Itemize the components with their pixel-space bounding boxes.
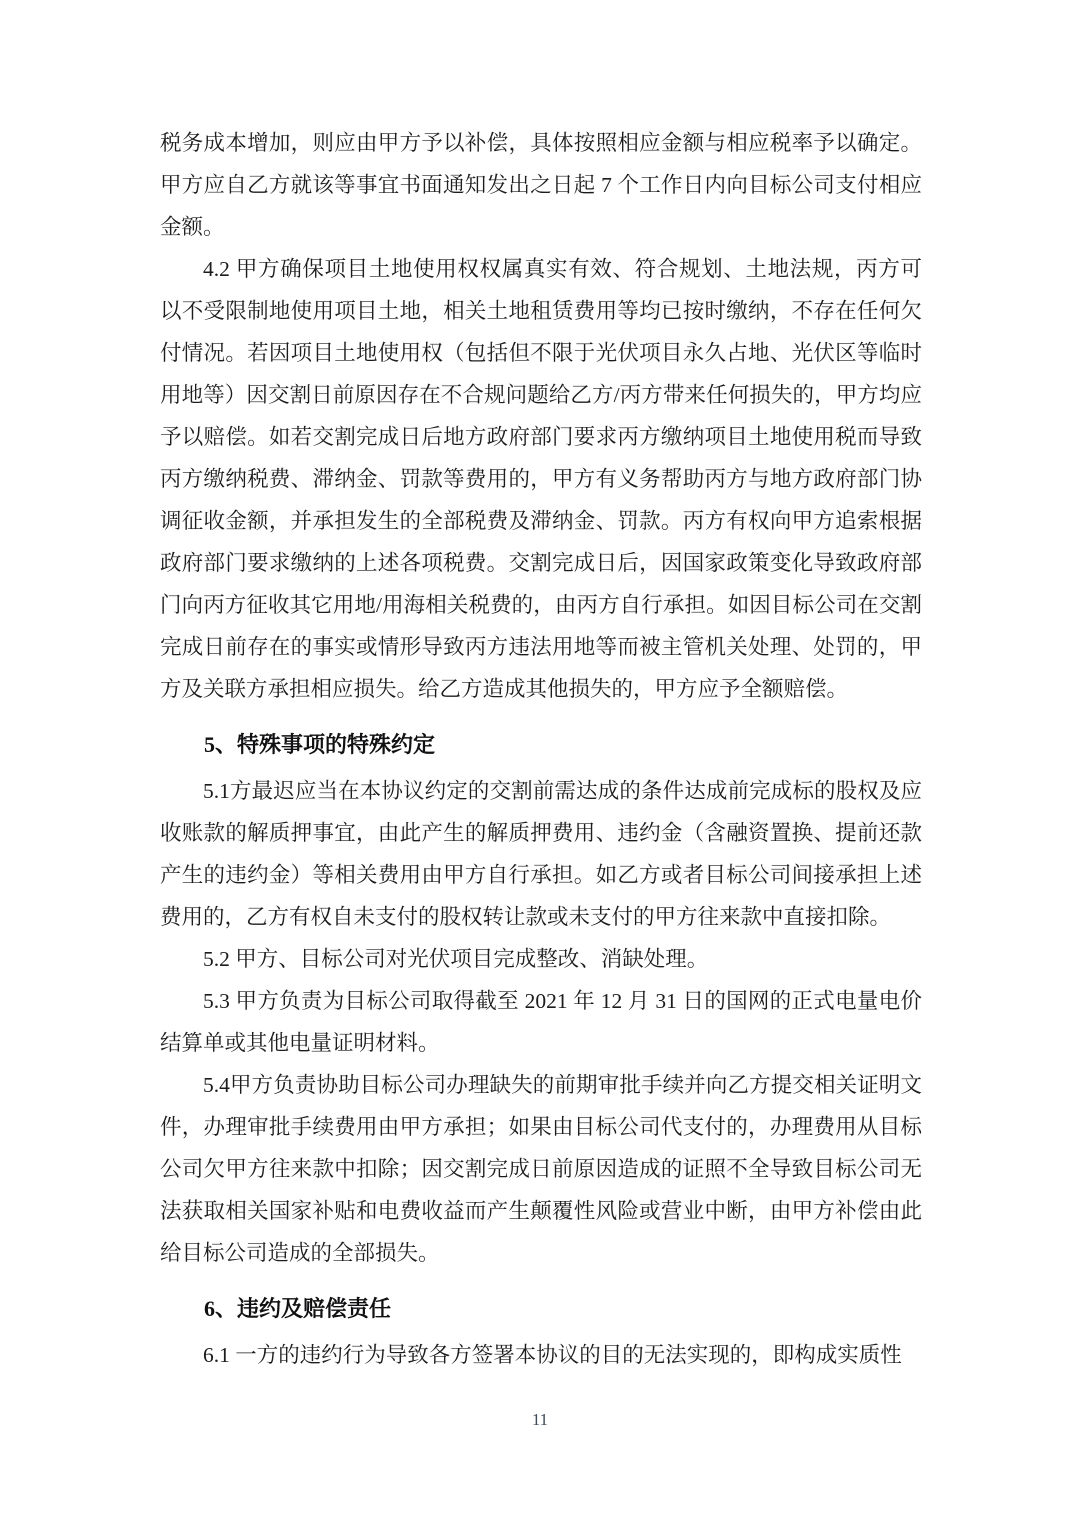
document-text-block: 税务成本增加，则应由甲方予以补偿，具体按照相应金额与相应税率予以确定。甲方应自乙… bbox=[160, 122, 922, 1376]
clause-5-3-grid-settlement: 5.3 甲方负责为目标公司取得截至 2021 年 12 月 31 日的国网的正式… bbox=[160, 980, 922, 1064]
heading-section-5-special-matters: 5、特殊事项的特殊约定 bbox=[160, 724, 922, 766]
page-footer: 11 bbox=[0, 1408, 1080, 1432]
page-number: 11 bbox=[532, 1410, 548, 1429]
contract-document-page: 税务成本增加，则应由甲方予以补偿，具体按照相应金额与相应税率予以确定。甲方应自乙… bbox=[0, 0, 1080, 1527]
paragraph-tax-compensation-continuation: 税务成本增加，则应由甲方予以补偿，具体按照相应金额与相应税率予以确定。甲方应自乙… bbox=[160, 122, 922, 248]
clause-5-4-approval-procedures: 5.4甲方负责协助目标公司办理缺失的前期审批手续并向乙方提交相关证明文件，办理审… bbox=[160, 1064, 922, 1274]
heading-section-6-breach-liability: 6、违约及赔偿责任 bbox=[160, 1288, 922, 1330]
clause-5-1-pledge-release: 5.1方最迟应当在本协议约定的交割前需达成的条件达成前完成标的股权及应收账款的解… bbox=[160, 770, 922, 938]
clause-6-1-material-breach: 6.1 一方的违约行为导致各方签署本协议的目的无法实现的，即构成实质性 bbox=[160, 1334, 922, 1376]
clause-5-2-pv-rectification: 5.2 甲方、目标公司对光伏项目完成整改、消缺处理。 bbox=[160, 938, 922, 980]
clause-4-2-land-use-rights: 4.2 甲方确保项目土地使用权权属真实有效、符合规划、土地法规，丙方可以不受限制… bbox=[160, 248, 922, 710]
